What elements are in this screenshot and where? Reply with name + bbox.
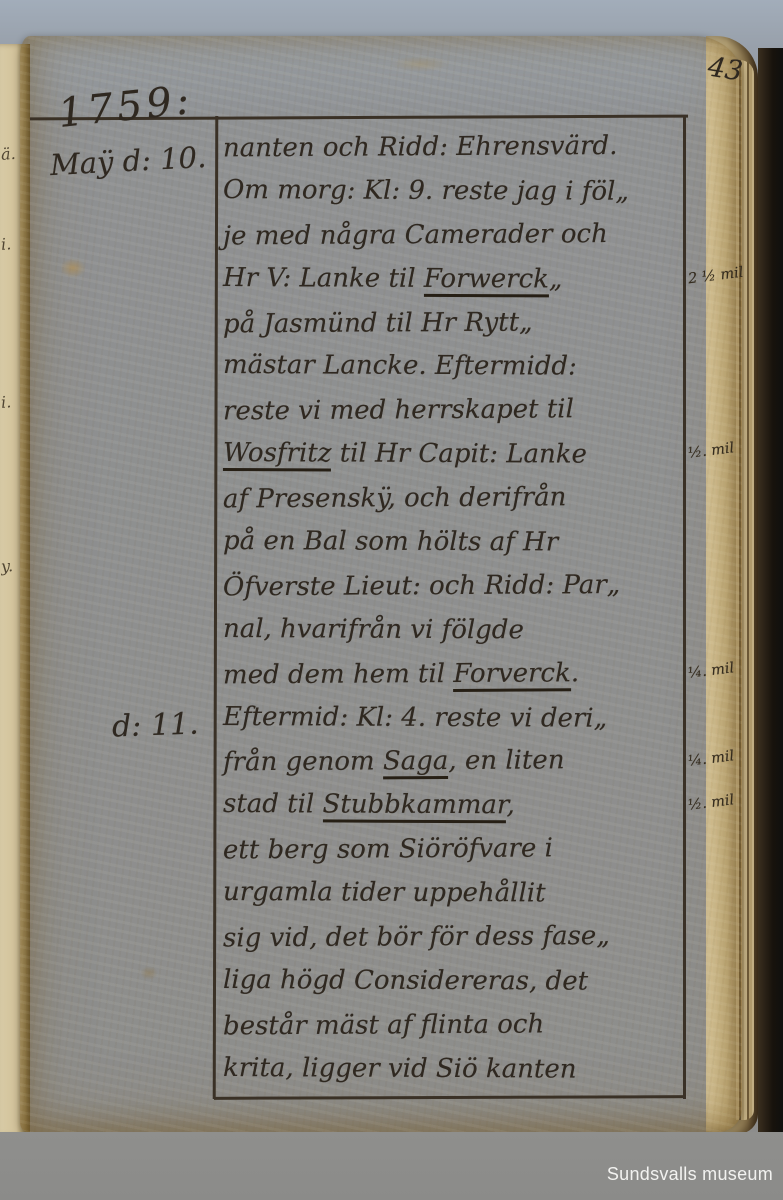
margin-distance-note: ¼. mil: [687, 748, 735, 770]
text-segment: til Hr Capit: Lanke: [331, 439, 587, 470]
manuscript-line: mästar Lancke. Eftermidd:: [223, 344, 681, 390]
text-segment: , en liten: [448, 746, 564, 777]
manuscript-line: Eftermid: Kl: 4. reste vi deri„: [223, 696, 681, 742]
manuscript-line: sig vid, det bör för dess fase„: [223, 915, 681, 962]
text-segment: „: [549, 264, 563, 294]
text-segment: med dem hem til: [223, 659, 453, 690]
text-segment: ett berg som Siöröfvare i: [223, 834, 553, 866]
manuscript-line: liga högd Considereras, det: [223, 959, 681, 1005]
text-segment: från genom: [223, 747, 383, 778]
text-segment: består mäst af flinta och: [223, 1009, 544, 1041]
paper-stain: [390, 56, 450, 72]
text-segment: je med några Camerader och: [223, 219, 608, 251]
manuscript-line: med dem hem til Forverck.: [223, 651, 681, 698]
museum-photo: ä.i.i.y. 43 1759: Maÿ d: 10. d: 11. nant…: [0, 0, 783, 1200]
text-segment: reste vi med herrskapet til: [223, 395, 574, 427]
page-number: 43: [706, 52, 745, 88]
manuscript-line: Öfverste Lieut: och Ridd: Par„: [223, 564, 681, 611]
manuscript-line: reste vi med herrskapet til: [223, 388, 681, 435]
entry-year: 1759:: [56, 77, 195, 137]
underlined-place-name: Forwerck: [424, 264, 549, 298]
underlined-place-name: Saga: [383, 746, 449, 779]
manuscript-line: består mäst af flinta och: [223, 1002, 681, 1049]
text-segment: liga högd Considereras, det: [223, 965, 588, 997]
paper-stain: [60, 258, 86, 278]
manuscript-line: på en Bal som hölts af Hr: [223, 520, 681, 566]
underlined-place-name: Wosfritz: [223, 438, 332, 471]
margin-distance-note: ¼. mil: [687, 660, 735, 682]
text-segment: af Presenskÿ, och derifrån: [223, 482, 567, 514]
entry-date-may-10: Maÿ d: 10.: [49, 140, 207, 182]
text-segment: Öfverste Lieut: och Ridd: Par„: [223, 570, 620, 602]
museum-watermark: Sundsvalls museum: [607, 1164, 773, 1185]
text-segment: urgamla tider uppehållit: [223, 877, 546, 908]
manuscript-line: på Jasmünd til Hr Rytt„: [223, 300, 681, 347]
table-rule-date-divider: [213, 116, 218, 1099]
margin-distance-note: ½. mil: [687, 441, 735, 463]
margin-distance-note: 2 ½ mil: [687, 264, 744, 287]
text-segment: på en Bal som hölts af Hr: [223, 526, 558, 557]
manuscript-line: ett berg som Siöröfvare i: [223, 827, 681, 874]
text-segment: krita, ligger vid Siö kanten: [223, 1053, 577, 1085]
underlined-place-name: Stubbkammar: [322, 790, 506, 824]
text-segment: Hr V: Lanke til: [223, 263, 424, 294]
entry-date-11: d: 11.: [111, 707, 199, 745]
manuscript-line: nanten och Ridd: Ehrensvärd.: [223, 125, 681, 172]
text-segment: nal, hvarifrån vi fölgde: [223, 614, 524, 645]
manuscript-line: Hr V: Lanke til Forwerck„: [223, 257, 681, 303]
text-segment: Eftermid: Kl: 4. reste vi deri„: [223, 702, 607, 734]
manuscript-line: från genom Saga, en liten: [223, 739, 681, 786]
manuscript-line: Om morg: Kl: 9. reste jag i föl„: [223, 169, 681, 215]
manuscript-line: af Presenskÿ, och derifrån: [223, 476, 681, 523]
manuscript-line: nal, hvarifrån vi fölgde: [223, 608, 681, 654]
margin-notes-column: 2 ½ mil½. mil¼. mil¼. mil½. mil: [688, 126, 748, 1098]
manuscript-line: krita, ligger vid Siö kanten: [223, 1047, 681, 1093]
text-segment: .: [571, 658, 579, 688]
photo-backdrop-band: Sundsvalls museum: [0, 1132, 783, 1200]
manuscript-line: je med några Camerader och: [223, 212, 681, 259]
text-segment: stad til: [223, 789, 323, 819]
paper-stain: [140, 966, 158, 980]
underlined-place-name: Forverck: [453, 658, 571, 692]
text-segment: nanten och Ridd: Ehrensvärd.: [223, 131, 618, 163]
table-rule-margin-divider: [683, 116, 686, 1099]
text-segment: mästar Lancke. Eftermidd:: [223, 350, 577, 382]
manuscript-line: stad til Stubbkammar,: [223, 783, 681, 829]
diary-page: 43 1759: Maÿ d: 10. d: 11. nanten och Ri…: [20, 36, 742, 1132]
text-segment: ,: [506, 791, 514, 821]
manuscript-lines: nanten och Ridd: Ehrensvärd.Om morg: Kl:…: [223, 126, 681, 1098]
margin-distance-note: ½. mil: [687, 792, 735, 814]
manuscript-line: urgamla tider uppehållit: [223, 871, 681, 917]
text-segment: på Jasmünd til Hr Rytt„: [223, 307, 533, 339]
manuscript-line: Wosfritz til Hr Capit: Lanke: [223, 432, 681, 478]
text-segment: Om morg: Kl: 9. reste jag i föl„: [223, 175, 629, 207]
book-edge-shadow: [758, 48, 783, 1138]
text-segment: sig vid, det bör för dess fase„: [223, 921, 610, 953]
